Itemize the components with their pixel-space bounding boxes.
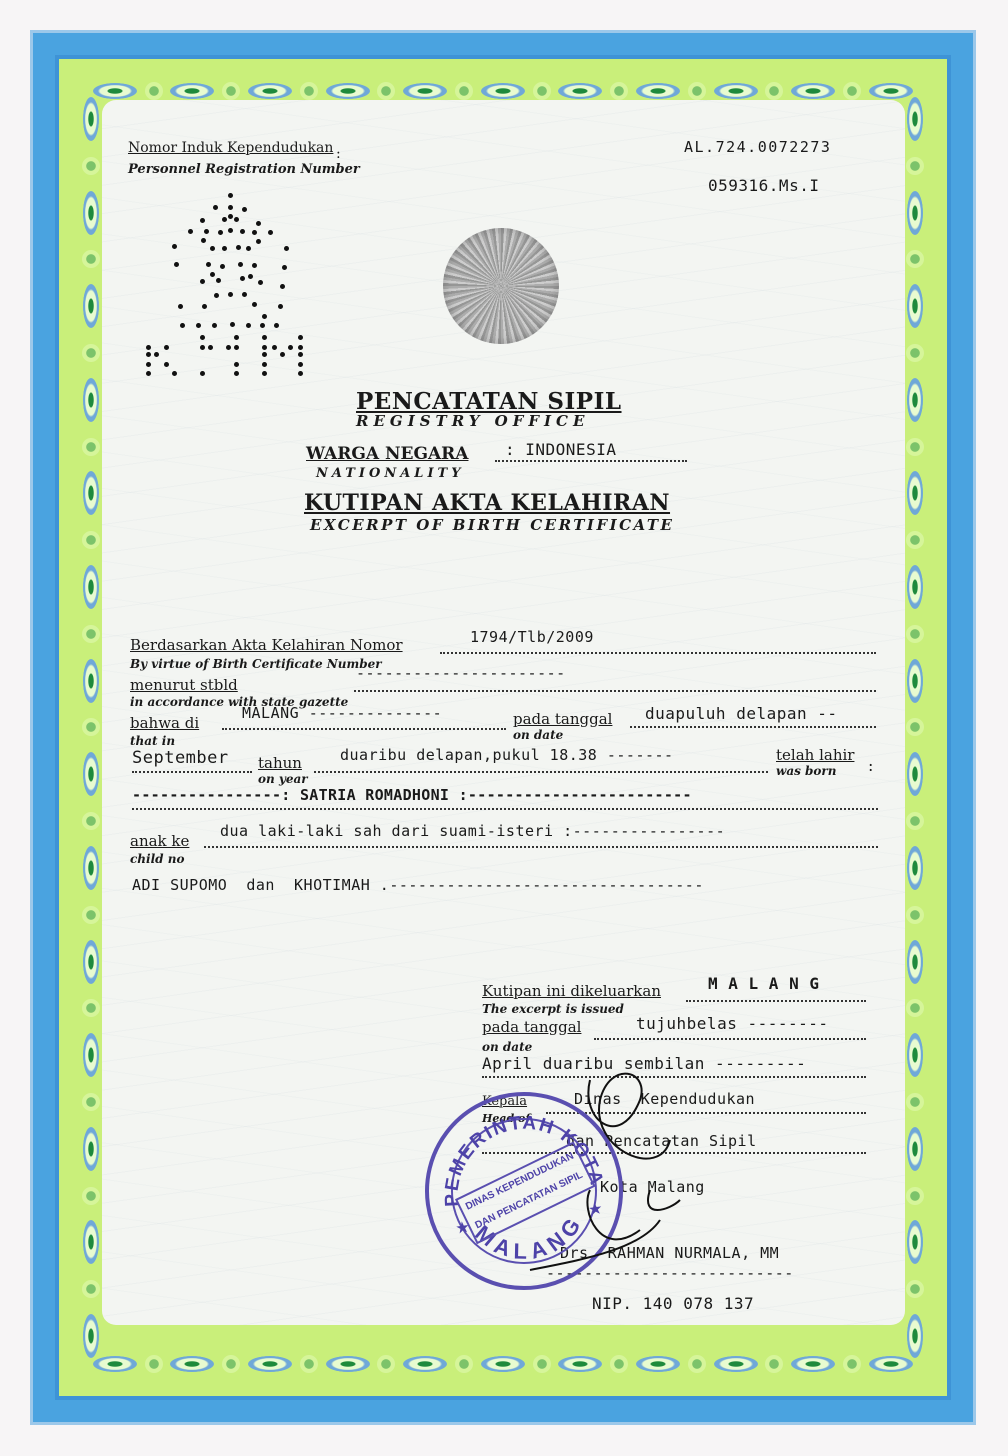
issue-date-value: tujuhbelas -------- — [636, 1014, 829, 1033]
signature — [520, 1060, 720, 1280]
child-order-label: anak ke — [130, 832, 189, 850]
register-code: 059316.Ms.I — [708, 176, 819, 195]
nik-colon: : — [336, 146, 341, 162]
issue-date-label: pada tanggal — [482, 1018, 581, 1036]
nationality-value: : INDONESIA — [505, 440, 616, 459]
issued-at-value: M A L A N G — [708, 974, 819, 993]
born-colon: : — [868, 756, 873, 775]
birth-year-label-en: on year — [258, 772, 308, 786]
office-title: PENCATATAN SIPIL — [356, 388, 622, 415]
birthplace-value: MALANG -------------- — [242, 704, 442, 722]
child-order-label-en: child no — [130, 852, 184, 866]
official-nip: NIP. 140 078 137 — [592, 1294, 754, 1313]
serial-number: AL.724.0072273 — [684, 138, 831, 156]
office-title-en: REGISTRY OFFICE — [356, 412, 589, 430]
hologram-seal-icon — [443, 228, 559, 344]
issued-at-label: Kutipan ini dikeluarkan — [482, 982, 661, 1000]
child-name-line: ----------------: SATRIA ROMADHONI :----… — [132, 786, 692, 804]
document-title: KUTIPAN AKTA KELAHIRAN — [304, 490, 670, 516]
birth-year-label: tahun — [258, 754, 302, 772]
birthplace-label-en: that in — [130, 734, 175, 748]
birthdate-label-en: on date — [513, 728, 563, 742]
birth-month-value: September — [132, 748, 229, 768]
birthdate-label: pada tanggal — [513, 710, 612, 728]
born-label: telah lahir — [776, 746, 854, 764]
cert-number-label: Berdasarkan Akta Kelahiran Nomor — [130, 636, 403, 654]
nik-label: Nomor Induk Kependudukan — [128, 140, 333, 156]
parents-value: ADI SUPOMO dan KHOTIMAH .---------------… — [132, 876, 704, 894]
stbld-value: ---------------------- — [356, 664, 566, 682]
child-order-value: dua laki-laki sah dari suami-isteri :---… — [220, 822, 725, 840]
border-motif-bottom — [89, 1340, 917, 1388]
document-title-en: EXCERPT OF BIRTH CERTIFICATE — [310, 516, 674, 534]
issued-at-label-en: The excerpt is issued — [482, 1002, 624, 1016]
issue-date-label-en: on date — [482, 1040, 532, 1054]
stbld-label: menurut stbld — [130, 676, 238, 694]
nationality-label-en: NATIONALITY — [316, 466, 464, 481]
nik-label-en: Personnel Registration Number — [128, 162, 360, 177]
nationality-label: WARGA NEGARA — [306, 444, 468, 464]
birthdate-value: duapuluh delapan -- — [645, 704, 838, 723]
cert-number-label-en: By virtue of Birth Certificate Number — [130, 657, 382, 671]
birthplace-label: bahwa di — [130, 714, 199, 732]
birth-year-value: duaribu delapan,pukul 18.38 ------- — [340, 746, 674, 764]
cert-number-value: 1794/Tlb/2009 — [470, 628, 594, 646]
born-label-en: was born — [776, 764, 836, 778]
perforated-nik-mark — [128, 188, 298, 373]
